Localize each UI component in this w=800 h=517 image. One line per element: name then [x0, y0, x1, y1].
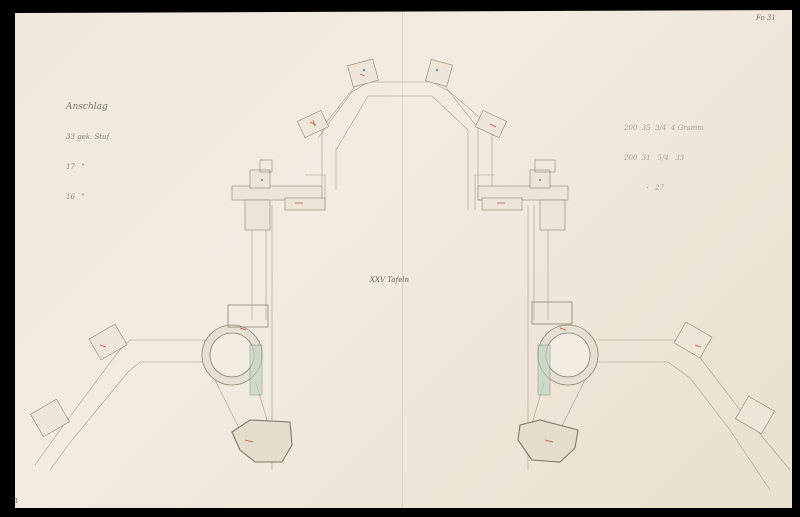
note-line: 17 " — [66, 162, 109, 172]
page-number: Fo 31 — [756, 14, 776, 22]
upper-right-wing — [478, 160, 568, 230]
note-line: 200 31 5/4 33 — [624, 153, 704, 163]
west-pavilion — [89, 324, 127, 360]
north-corridor-inner — [336, 96, 468, 210]
note-top-left: Anschlag 33 gek. Stuf 17 " 16 " — [66, 82, 109, 212]
corner-mark: 3 — [14, 498, 18, 505]
upper-left-wing — [232, 160, 325, 230]
ne-pavilion — [475, 110, 506, 137]
note-line: 200 35 3/4 4 Gramm — [624, 123, 704, 133]
far-west-pavilion — [31, 399, 70, 437]
north-pavilion-left — [348, 59, 379, 87]
left-bastion — [232, 420, 292, 462]
note-top-right: 200 35 3/4 4 Gramm 200 31 5/4 33 · 27 — [624, 103, 704, 203]
note-line: · 27 — [624, 183, 704, 193]
north-pavilion-right — [426, 60, 453, 87]
far-east-pavilion — [736, 396, 775, 434]
right-round-tower — [532, 302, 598, 395]
left-round-tower — [202, 305, 268, 395]
center-label: XXV Tafeln — [370, 276, 409, 284]
floor-plan-drawing — [0, 0, 800, 517]
note-line: 33 gek. Stuf — [66, 132, 109, 142]
nw-pavilion — [297, 110, 328, 137]
note-title: Anschlag — [66, 102, 109, 112]
east-pavilion — [674, 322, 712, 358]
note-line: 16 " — [66, 192, 109, 202]
